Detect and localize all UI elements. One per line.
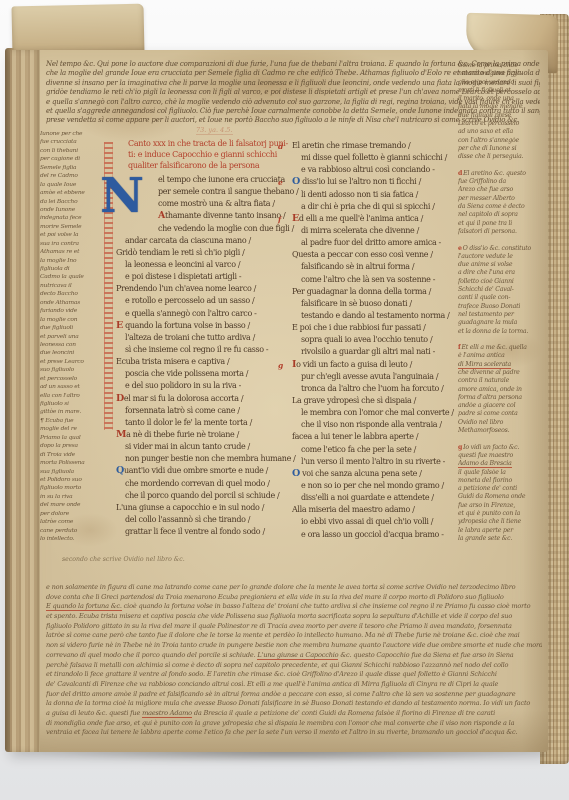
verse-line: rivolsilo a guardar gli altri mal nati - <box>292 346 464 358</box>
verse-initial: I <box>292 359 296 370</box>
gloss-line: dEl aretino &c. questo <box>458 170 546 178</box>
verse-line: grattar li fece il ventre al fondo sodo … <box>116 526 288 538</box>
verse-line: che mordendo correvan di quel modo / <box>116 478 288 490</box>
verse-line: La grave ydropesì che sì dispaia / <box>292 395 464 407</box>
gloss-line: fuor del dritto amore amòe il padre et f… <box>46 690 542 700</box>
gloss-line: et poi volse la <box>40 231 110 239</box>
reference-letter: e <box>458 245 462 252</box>
gloss-line: perchè falsava li metalli con alchimia s… <box>46 661 542 671</box>
gloss-line: et percosselo <box>40 375 110 383</box>
gloss-line: Iunone per che <box>40 130 110 138</box>
gloss-line: andòe a giacere col <box>458 402 546 410</box>
gloss-line: moglie del re <box>40 425 110 433</box>
verse-line: falsificare in sè buoso donati / <box>292 298 464 310</box>
gloss-line <box>458 435 546 443</box>
gloss-line: due figliuoli prese <box>458 112 546 120</box>
gloss-line: Priamo la qual <box>40 434 110 442</box>
verse-line: tanto il dolor le fe' la mente torta / <box>116 417 288 429</box>
gloss-line: Methamorfoseos. <box>458 427 546 435</box>
gloss-line: Cadmo la quale <box>40 273 110 281</box>
gloss-line: Adamo da Brescia <box>458 460 546 468</box>
gloss-line: figliuolo si <box>40 400 110 408</box>
verse-line: testando e dando al testamento norma / <box>292 310 464 322</box>
gloss-line: il marito, onde una <box>458 95 546 103</box>
verse-line: mi disse quel folletto è gianni schicchi… <box>292 152 464 164</box>
gloss-line: Semele figlia <box>40 164 110 172</box>
verse-line: l'alteza de troiani che tutto ardiva / <box>116 332 288 344</box>
gutter-strip <box>10 50 40 752</box>
verse-line: e rotollo e percosselo ad un sasso / <box>116 295 288 307</box>
gloss-line: questi fue maestro <box>458 452 546 460</box>
gloss-line: non si videro furie nè in Thebe nè in Tr… <box>46 641 542 651</box>
gloss-line: Arezo che fue arso <box>458 186 546 194</box>
verse-line: sì che insieme col regno il re fu casso … <box>116 344 288 356</box>
gloss-line: nel suo magiore orgo- <box>458 70 546 78</box>
gloss-line: Schicchi de' Caval- <box>458 286 546 294</box>
verse-initial: D <box>116 393 124 404</box>
foliation-inscription: 73. ya. 4.5. <box>196 126 233 135</box>
gloss-line: le labra aperte per <box>458 527 546 535</box>
gloss-line: per che di Iunone si <box>458 145 546 153</box>
verse-line: che il porco quando del porcil si schiud… <box>116 490 288 502</box>
gloss-line: ventraia et facea lui tenere le labbra a… <box>46 728 542 738</box>
verse-line: El aretin che rimase tremando / <box>292 140 464 152</box>
gloss-line: dopo la presa <box>40 442 110 450</box>
verse-line: la leonessa e leoncini al varco / <box>116 259 288 271</box>
verse-line: per semele contra il sangue thebano / <box>116 186 288 198</box>
verse-line: O voi che sanza alcuna pena sete / <box>292 468 464 480</box>
verse-line: Questa a peccar con esso così venne / <box>292 249 464 261</box>
verse-line: E quando la fortuna volse in basso / <box>116 320 288 332</box>
verse-line: e va rabbioso altrui così conciando - <box>292 164 464 176</box>
verse-line: e ora lasso un gocciol d'acqua bramo - <box>292 529 464 541</box>
verse-line: come l'altro che là sen va sostenne - <box>292 274 464 286</box>
rubric-line: Canto xxx in che tracta de li falsatorj … <box>128 138 298 149</box>
gloss-line: et la donna de la torma. <box>458 328 546 336</box>
gloss-line: morti li figliuoli et <box>458 87 546 95</box>
gloss-line: indegnata fece <box>40 214 110 222</box>
gloss-line: ydropesia che li tiene <box>458 518 546 526</box>
reference-letter: e <box>278 178 283 187</box>
gloss-line: la donna de la torma cioè la migliore mu… <box>46 699 542 709</box>
gloss-line: gittòe in mare. <box>40 408 110 416</box>
gloss-line: onde Iunone <box>40 206 110 214</box>
binding-top-flap <box>11 4 144 57</box>
verse-line: come mostrò una & altra fiata / <box>116 198 288 210</box>
verse-line: del collo l'assannò sì che tirando / <box>116 514 288 526</box>
verse-line: di mirra scelerata che divenne / <box>292 225 464 237</box>
verse-line: sopra quali io avea l'occhio tenuto / <box>292 334 464 346</box>
verse-line: L'una giunse a capocchio e in sul nodo / <box>116 502 288 514</box>
gloss-line: per cagione di <box>40 155 110 163</box>
right-margin-commentary: Come la prima ondenel suo magiore orgo-g… <box>458 62 546 543</box>
gloss-line: et prese Learco <box>40 358 110 366</box>
gloss-line: furiando vide <box>40 307 110 315</box>
gloss-line: cane perduto <box>40 527 110 535</box>
gloss-line: eO diss'io &c. constituto <box>458 245 546 253</box>
verse-line: tronca da l'altro che l'uom ha forcuto / <box>292 383 464 395</box>
gloss-line: Come la prima onde <box>458 62 546 70</box>
gloss-line: la moglie Ino <box>40 257 110 265</box>
gloss-line: contra il naturale <box>458 377 546 385</box>
gloss-line: E quando la fortuna &c. cioè quando la f… <box>46 602 542 612</box>
verse-line: Prendendo l'un ch'avea nome learco / <box>116 283 288 295</box>
verse-line: poscia che vide polissena morta / <box>116 368 288 380</box>
gloss-line: amore amica, onde in <box>458 386 546 394</box>
verse-line: Ma nè di thebe furie nè troiane / <box>116 429 288 441</box>
gloss-line: a dire che l'una era <box>458 269 546 277</box>
gutter-reference-letters: defg <box>278 140 290 550</box>
gloss-line: disse che li perseguia. <box>458 153 546 161</box>
gloss-line: che divenne al padre <box>458 369 546 377</box>
gloss-line: fue crucciata <box>40 138 110 146</box>
verse-line: che vedendo la moglie con due figli / <box>116 223 288 235</box>
gloss-line: la quale Ioue <box>40 181 110 189</box>
gloss-line: correvano di quel modo che il porco quan… <box>46 651 542 661</box>
gloss-line: due anime si volse <box>458 261 546 269</box>
gloss-line: di Troia vide <box>40 451 110 459</box>
gloss-line: a petizione de' conti <box>458 485 546 493</box>
verse-line: Del mar si fu la dolorosa accorta / <box>116 393 288 405</box>
gloss-line: amòe et ebbene <box>40 189 110 197</box>
gloss-line: e non solamente in figura di cane ma lat… <box>46 583 542 593</box>
gloss-line: decto Baccho <box>40 290 110 298</box>
gloss-line: suo figliuolo <box>40 366 110 374</box>
gloss-line: Ovidio nel libro <box>458 419 546 427</box>
gloss-line: del mare onde <box>40 501 110 509</box>
gloss-line: Learco et percosselo <box>458 120 546 128</box>
gloss-line <box>458 236 546 244</box>
gloss-line: fEt elli a me &c. quella <box>458 344 546 352</box>
verse-line: Per guadagnar la donna della torma / <box>292 286 464 298</box>
verse-line: forsennata latrò sì come cane / <box>116 405 288 417</box>
gloss-line: da lei Baccho <box>40 198 110 206</box>
verse-line: Gridò tendiam le reti sì ch'io pigli / <box>116 247 288 259</box>
verse-line: Quant'io vidi due ombre smorte e nude / <box>116 465 288 477</box>
verse-line: facea a lui tener le labbra aperte / <box>292 431 464 443</box>
verse-line: el tempo che iunone era crucciata <box>116 174 288 186</box>
gloss-line: il quale falsòe la <box>458 469 546 477</box>
verse-line: E poi che i due rabbiosi fur passati / <box>292 322 464 334</box>
gloss-line: nutricava il <box>40 282 110 290</box>
gloss-line: canti il quale con- <box>458 294 546 302</box>
gloss-line: fiata la mogie menare <box>458 103 546 111</box>
reference-letter: d <box>458 170 462 177</box>
gloss-line: leonessa con <box>40 341 110 349</box>
gloss-line: figliuola di <box>40 265 110 273</box>
verse-initial: A <box>158 210 165 221</box>
gloss-line: morta Polissena <box>40 459 110 467</box>
gloss-line: la grande sete &c. <box>458 535 546 543</box>
bottom-commentary: e non solamente in figura di cane ma lat… <box>46 583 542 738</box>
gloss-line: de' Cavalcanti di Firenze che va rabbios… <box>46 680 542 690</box>
gloss-line: due leoncini <box>40 349 110 357</box>
gloss-line: figliuolo Polidoro gittato in su la riva… <box>46 622 542 632</box>
canto-rubric: Canto xxx in che tracta de li falsatorj … <box>128 138 298 171</box>
gloss-line: gIo vidi un facto &c. <box>458 444 546 452</box>
gloss-line: et spento. Ecuba trista misera et captiv… <box>46 612 542 622</box>
gloss-line: sua ira contra <box>40 240 110 248</box>
gloss-line: ad un sasso et <box>40 383 110 391</box>
gloss-line: et qui è punito con la <box>458 510 546 518</box>
verse-line: e non so io per che nel mondo gramo / <box>292 480 464 492</box>
verse-line: andar carcata da ciascuna mano / <box>116 235 288 247</box>
gloss-line: et Polidoro suo <box>40 476 110 484</box>
gloss-line: glio et poi vedendo <box>458 79 546 87</box>
verse-initial: O <box>292 468 300 479</box>
rubric-line: ti: e induce Capocchio e gianni schicchi <box>128 149 298 160</box>
gloss-line: padre sì come conta <box>458 410 546 418</box>
gloss-line: ad uno saxo et ella <box>458 128 546 136</box>
gloss-line: dove conta che li Greci partendosi da Tr… <box>46 593 542 603</box>
gloss-line: in su la riva <box>40 493 110 501</box>
verse-line: falsificando sè in altrui forma / <box>292 261 464 273</box>
gloss-line: fue Griffolino da <box>458 178 546 186</box>
gloss-line: con l'altro s'annegòe <box>458 137 546 145</box>
gloss-line: per dolore <box>40 510 110 518</box>
gloss-line: nel testamento per <box>458 311 546 319</box>
verse-line: Io vidi un facto a guisa di leuto / <box>292 359 464 371</box>
gloss-line: lo intellecto. <box>40 535 110 543</box>
verse-initial: O <box>292 176 300 187</box>
gloss-line: Athamas re et <box>40 248 110 256</box>
gloss-line: morire Semele <box>40 223 110 231</box>
verse-line: Alla miseria del maestro adamo / <box>292 504 464 516</box>
gloss-line: et qui il pone tra li <box>458 220 546 228</box>
gloss-line <box>458 162 546 170</box>
verse-line: non punger bestie non che membra humane … <box>116 453 288 465</box>
gloss-line: latròe come <box>40 518 110 526</box>
verse-line: si vider mai in alcun tanto crude / <box>116 441 288 453</box>
bottom-commentary-lead: secondo che scrive Ovidio nel libro &c. <box>62 556 185 563</box>
gloss-line: sua figliuola <box>40 468 110 476</box>
verse-line: le membra con l'omor che mal converte / <box>292 407 464 419</box>
verse-line: pur ch'egli avesse avuta l'anguinaia / <box>292 371 464 383</box>
verse-initial: E <box>116 320 123 331</box>
gloss-line: due figliuoli <box>40 324 110 332</box>
verse-line: Athamante divenne tanto insano / <box>116 210 288 222</box>
gloss-line: la moglie con <box>40 316 110 324</box>
gloss-line <box>458 336 546 344</box>
verse-line: Ed elli a me quell'è l'anima antica / <box>292 213 464 225</box>
gloss-line: et tirandolo li fece grattare il ventre … <box>46 670 542 680</box>
verse-line: Ecuba trista misera e captiva / <box>116 356 288 368</box>
reference-letter: d <box>278 142 283 151</box>
verse-line: al padre fuor del dritto amore amica - <box>292 237 464 249</box>
verse-line: e del suo polidoro in su la riva - <box>116 380 288 392</box>
gloss-line: ¶ Ecuba fue <box>40 417 110 425</box>
gloss-line: del re Cadmo <box>40 172 110 180</box>
gloss-line: falsatori di persona. <box>458 228 546 236</box>
gloss-line: da Siena come è decto <box>458 203 546 211</box>
gloss-line: latròe sì come cane però che tanto fue i… <box>46 631 542 641</box>
gloss-line: moneta del fiorino <box>458 477 546 485</box>
verse-initial: Q <box>116 465 124 476</box>
rubric-line: qualiter falsificarono de la persona <box>128 160 298 171</box>
gloss-line: per messer Alberto <box>458 195 546 203</box>
verse-column-left: el tempo che iunone era crucciataper sem… <box>116 174 288 538</box>
verse-line: l'un verso il mento l'altro in su rivert… <box>292 456 464 468</box>
left-margin-commentary: Iunone per chefue crucciatacon li theban… <box>40 130 110 543</box>
gloss-line: Guidi da Romena onde <box>458 493 546 501</box>
verse-line: li denti adosso non ti sia fatica / <box>292 189 464 201</box>
gloss-line: fue arso in Firenze, <box>458 502 546 510</box>
verse-line: e quella s'annegò con l'altro carco - <box>116 308 288 320</box>
gloss-line: di mondiglia onde fue arso, et qui è pun… <box>46 719 542 729</box>
verse-line: come l'etico fa che per la sete / <box>292 444 464 456</box>
gloss-line: nel capitolo di sopra <box>458 211 546 219</box>
gloss-line: ella con l'altro <box>40 392 110 400</box>
gloss-line: forma d'altra persona <box>458 394 546 402</box>
verse-line: io ebbi vivo assai di quel ch'io volli / <box>292 516 464 528</box>
verse-line: O diss'io lui se l'altro non ti ficchi / <box>292 176 464 188</box>
gloss-line: trafece Buoso Donati <box>458 303 546 311</box>
reference-letter: g <box>278 361 283 370</box>
gloss-line: a guisa di leuto &c. questi fue maestro … <box>46 709 542 719</box>
gloss-line: di Mirra scelerata <box>458 361 546 369</box>
verse-initial: M <box>116 429 126 440</box>
verse-column-right: El aretin che rimase tremando /mi disse … <box>292 140 464 541</box>
gloss-line: con li thebani <box>40 147 110 155</box>
reference-letter: f <box>278 215 281 224</box>
gloss-line: onde Athamas <box>40 299 110 307</box>
gloss-line: l'auctore vedute le <box>458 253 546 261</box>
gloss-line: figliuolo morto <box>40 484 110 492</box>
gloss-line: guadagnare la mula <box>458 319 546 327</box>
reference-letter: g <box>458 444 462 451</box>
gloss-line: folletto cioè Gianni <box>458 278 546 286</box>
manuscript-photo: Nel tempo &c. Qui pone lo auctore due co… <box>0 0 569 800</box>
verse-initial: E <box>292 213 299 224</box>
gloss-line: et parveli una <box>40 333 110 341</box>
verse-line: diss'elli a noi guardate e attendete / <box>292 492 464 504</box>
gloss-line: è l'anima antica <box>458 352 546 360</box>
verse-line: a dir chi è pria che di qui si spicchi / <box>292 201 464 213</box>
verse-line: e poi distese i dispietati artigli - <box>116 271 288 283</box>
verse-line: che il viso non risponde alla ventraia / <box>292 419 464 431</box>
